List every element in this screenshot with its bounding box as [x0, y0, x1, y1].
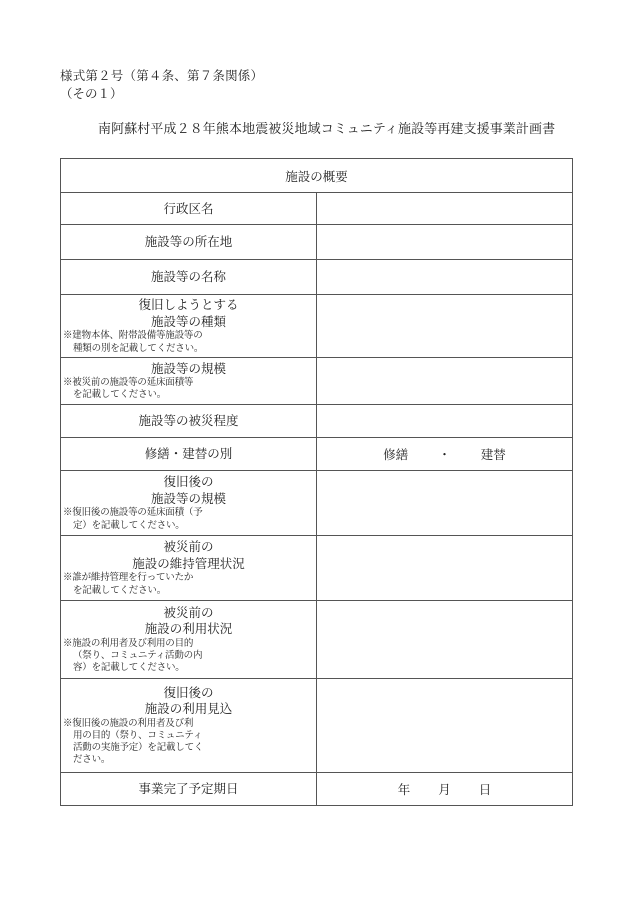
field-location[interactable]	[317, 225, 573, 260]
note-line: 用の目的（祭り、コミュニティ	[63, 730, 314, 742]
form-number: 様式第２号（第４条、第７条関係）	[60, 67, 263, 85]
note-line: （祭り、コミュニティ活動の内	[63, 650, 314, 662]
field-usage-status[interactable]	[317, 601, 573, 679]
row-label-district: 行政区名	[61, 193, 317, 225]
row-label-repair-or-rebuild: 修繕・建替の別	[61, 438, 317, 471]
note-line: ※施設の利用者及び利用の目的	[63, 638, 193, 649]
section-header: 施設の概要	[61, 159, 573, 193]
note-line: を記載してください。	[63, 585, 314, 597]
facility-overview-table: 施設の概要 行政区名 施設等の所在地 施設等の名称 復旧しようとする 施設等の種…	[60, 158, 573, 806]
label-line: 復旧しようとする	[61, 297, 316, 314]
table-row: 修繕・建替の別 修繕・建替	[61, 438, 573, 471]
field-post-recovery-scale[interactable]	[317, 471, 573, 536]
note-line: ※建物本体、附帯設備等施設等の	[63, 330, 203, 341]
label-line: 施設等の種類	[61, 314, 316, 331]
note-line: 定）を記載してください。	[63, 520, 314, 532]
label-note: ※建物本体、附帯設備等施設等の 種類の別を記載してください。	[61, 330, 316, 354]
table-row: 行政区名	[61, 193, 573, 225]
choice-separator: ・	[438, 445, 451, 463]
label-note: ※施設の利用者及び利用の目的 （祭り、コミュニティ活動の内 容）を記載してくださ…	[61, 638, 316, 675]
note-line: ださい。	[63, 754, 314, 766]
table-row: 復旧後の 施設等の規模 ※復旧後の施設等の延床面積（予 定）を記載してください。	[61, 471, 573, 536]
table-row: 被災前の 施設の利用状況 ※施設の利用者及び利用の目的 （祭り、コミュニティ活動…	[61, 601, 573, 679]
date-year-unit: 年	[398, 780, 411, 798]
note-line: ※復旧後の施設等の延床面積（予	[63, 507, 203, 518]
row-label-facility-scale: 施設等の規模 ※被災前の施設等の延床面積等 を記載してください。	[61, 358, 317, 405]
note-line: ※復旧後の施設の利用者及び利	[63, 718, 193, 729]
field-maintenance-status[interactable]	[317, 536, 573, 601]
label-line: 復旧後の	[61, 474, 316, 491]
row-label-maintenance-status: 被災前の 施設の維持管理状況 ※誰が維持管理を行っていたか を記載してください。	[61, 536, 317, 601]
field-usage-outlook[interactable]	[317, 679, 573, 773]
document-title: 南阿蘇村平成２８年熊本地震被災地域コミュニティ施設等再建支援事業計画書	[98, 121, 555, 139]
note-line: 種類の別を記載してください。	[63, 343, 314, 355]
field-completion-date[interactable]: 年月日	[317, 773, 573, 806]
field-damage-level[interactable]	[317, 405, 573, 438]
note-line: ※被災前の施設等の延床面積等	[63, 377, 193, 388]
row-label-damage-level: 施設等の被災程度	[61, 405, 317, 438]
label-line: 被災前の	[61, 605, 316, 622]
row-label-usage-outlook: 復旧後の 施設の利用見込 ※復旧後の施設の利用者及び利 用の目的（祭り、コミュニ…	[61, 679, 317, 773]
label-line: 施設の維持管理状況	[61, 556, 316, 573]
note-line: を記載してください。	[63, 389, 314, 401]
table-row: 復旧しようとする 施設等の種類 ※建物本体、附帯設備等施設等の 種類の別を記載し…	[61, 295, 573, 358]
date-day-unit: 日	[479, 780, 492, 798]
row-label-facility-type: 復旧しようとする 施設等の種類 ※建物本体、附帯設備等施設等の 種類の別を記載し…	[61, 295, 317, 358]
table-row: 被災前の 施設の維持管理状況 ※誰が維持管理を行っていたか を記載してください。	[61, 536, 573, 601]
row-label-usage-status: 被災前の 施設の利用状況 ※施設の利用者及び利用の目的 （祭り、コミュニティ活動…	[61, 601, 317, 679]
label-note: ※誰が維持管理を行っていたか を記載してください。	[61, 572, 316, 596]
note-line: 活動の実施予定）を記載してく	[63, 742, 314, 754]
label-line: 施設の利用見込	[61, 701, 316, 718]
table-row: 施設等の被災程度	[61, 405, 573, 438]
label-note: ※復旧後の施設等の延床面積（予 定）を記載してください。	[61, 507, 316, 531]
table-row: 施設等の規模 ※被災前の施設等の延床面積等 を記載してください。	[61, 358, 573, 405]
row-label-post-recovery-scale: 復旧後の 施設等の規模 ※復旧後の施設等の延床面積（予 定）を記載してください。	[61, 471, 317, 536]
choice-rebuild[interactable]: 建替	[481, 447, 506, 462]
table-row: 事業完了予定期日 年月日	[61, 773, 573, 806]
field-facility-name[interactable]	[317, 260, 573, 295]
table-row: 施設等の所在地	[61, 225, 573, 260]
table-header-row: 施設の概要	[61, 159, 573, 193]
row-label-facility-name: 施設等の名称	[61, 260, 317, 295]
label-line: 施設等の規模	[61, 491, 316, 508]
label-line: 復旧後の	[61, 685, 316, 702]
note-line: ※誰が維持管理を行っていたか	[63, 572, 193, 583]
label-note: ※復旧後の施設の利用者及び利 用の目的（祭り、コミュニティ 活動の実施予定）を記…	[61, 718, 316, 767]
form-part: （その１）	[60, 85, 123, 103]
label-line: 被災前の	[61, 539, 316, 556]
field-facility-scale[interactable]	[317, 358, 573, 405]
table-row: 復旧後の 施設の利用見込 ※復旧後の施設の利用者及び利 用の目的（祭り、コミュニ…	[61, 679, 573, 773]
date-month-unit: 月	[438, 780, 451, 798]
row-label-completion-date: 事業完了予定期日	[61, 773, 317, 806]
field-district[interactable]	[317, 193, 573, 225]
table-row: 施設等の名称	[61, 260, 573, 295]
label-line: 施設の利用状況	[61, 621, 316, 638]
row-label-location: 施設等の所在地	[61, 225, 317, 260]
label-note: ※被災前の施設等の延床面積等 を記載してください。	[61, 377, 316, 401]
choice-repair[interactable]: 修繕	[383, 447, 408, 462]
field-repair-or-rebuild[interactable]: 修繕・建替	[317, 438, 573, 471]
label-line: 施設等の規模	[61, 361, 316, 378]
field-facility-type[interactable]	[317, 295, 573, 358]
note-line: 容）を記載してください。	[63, 662, 314, 674]
